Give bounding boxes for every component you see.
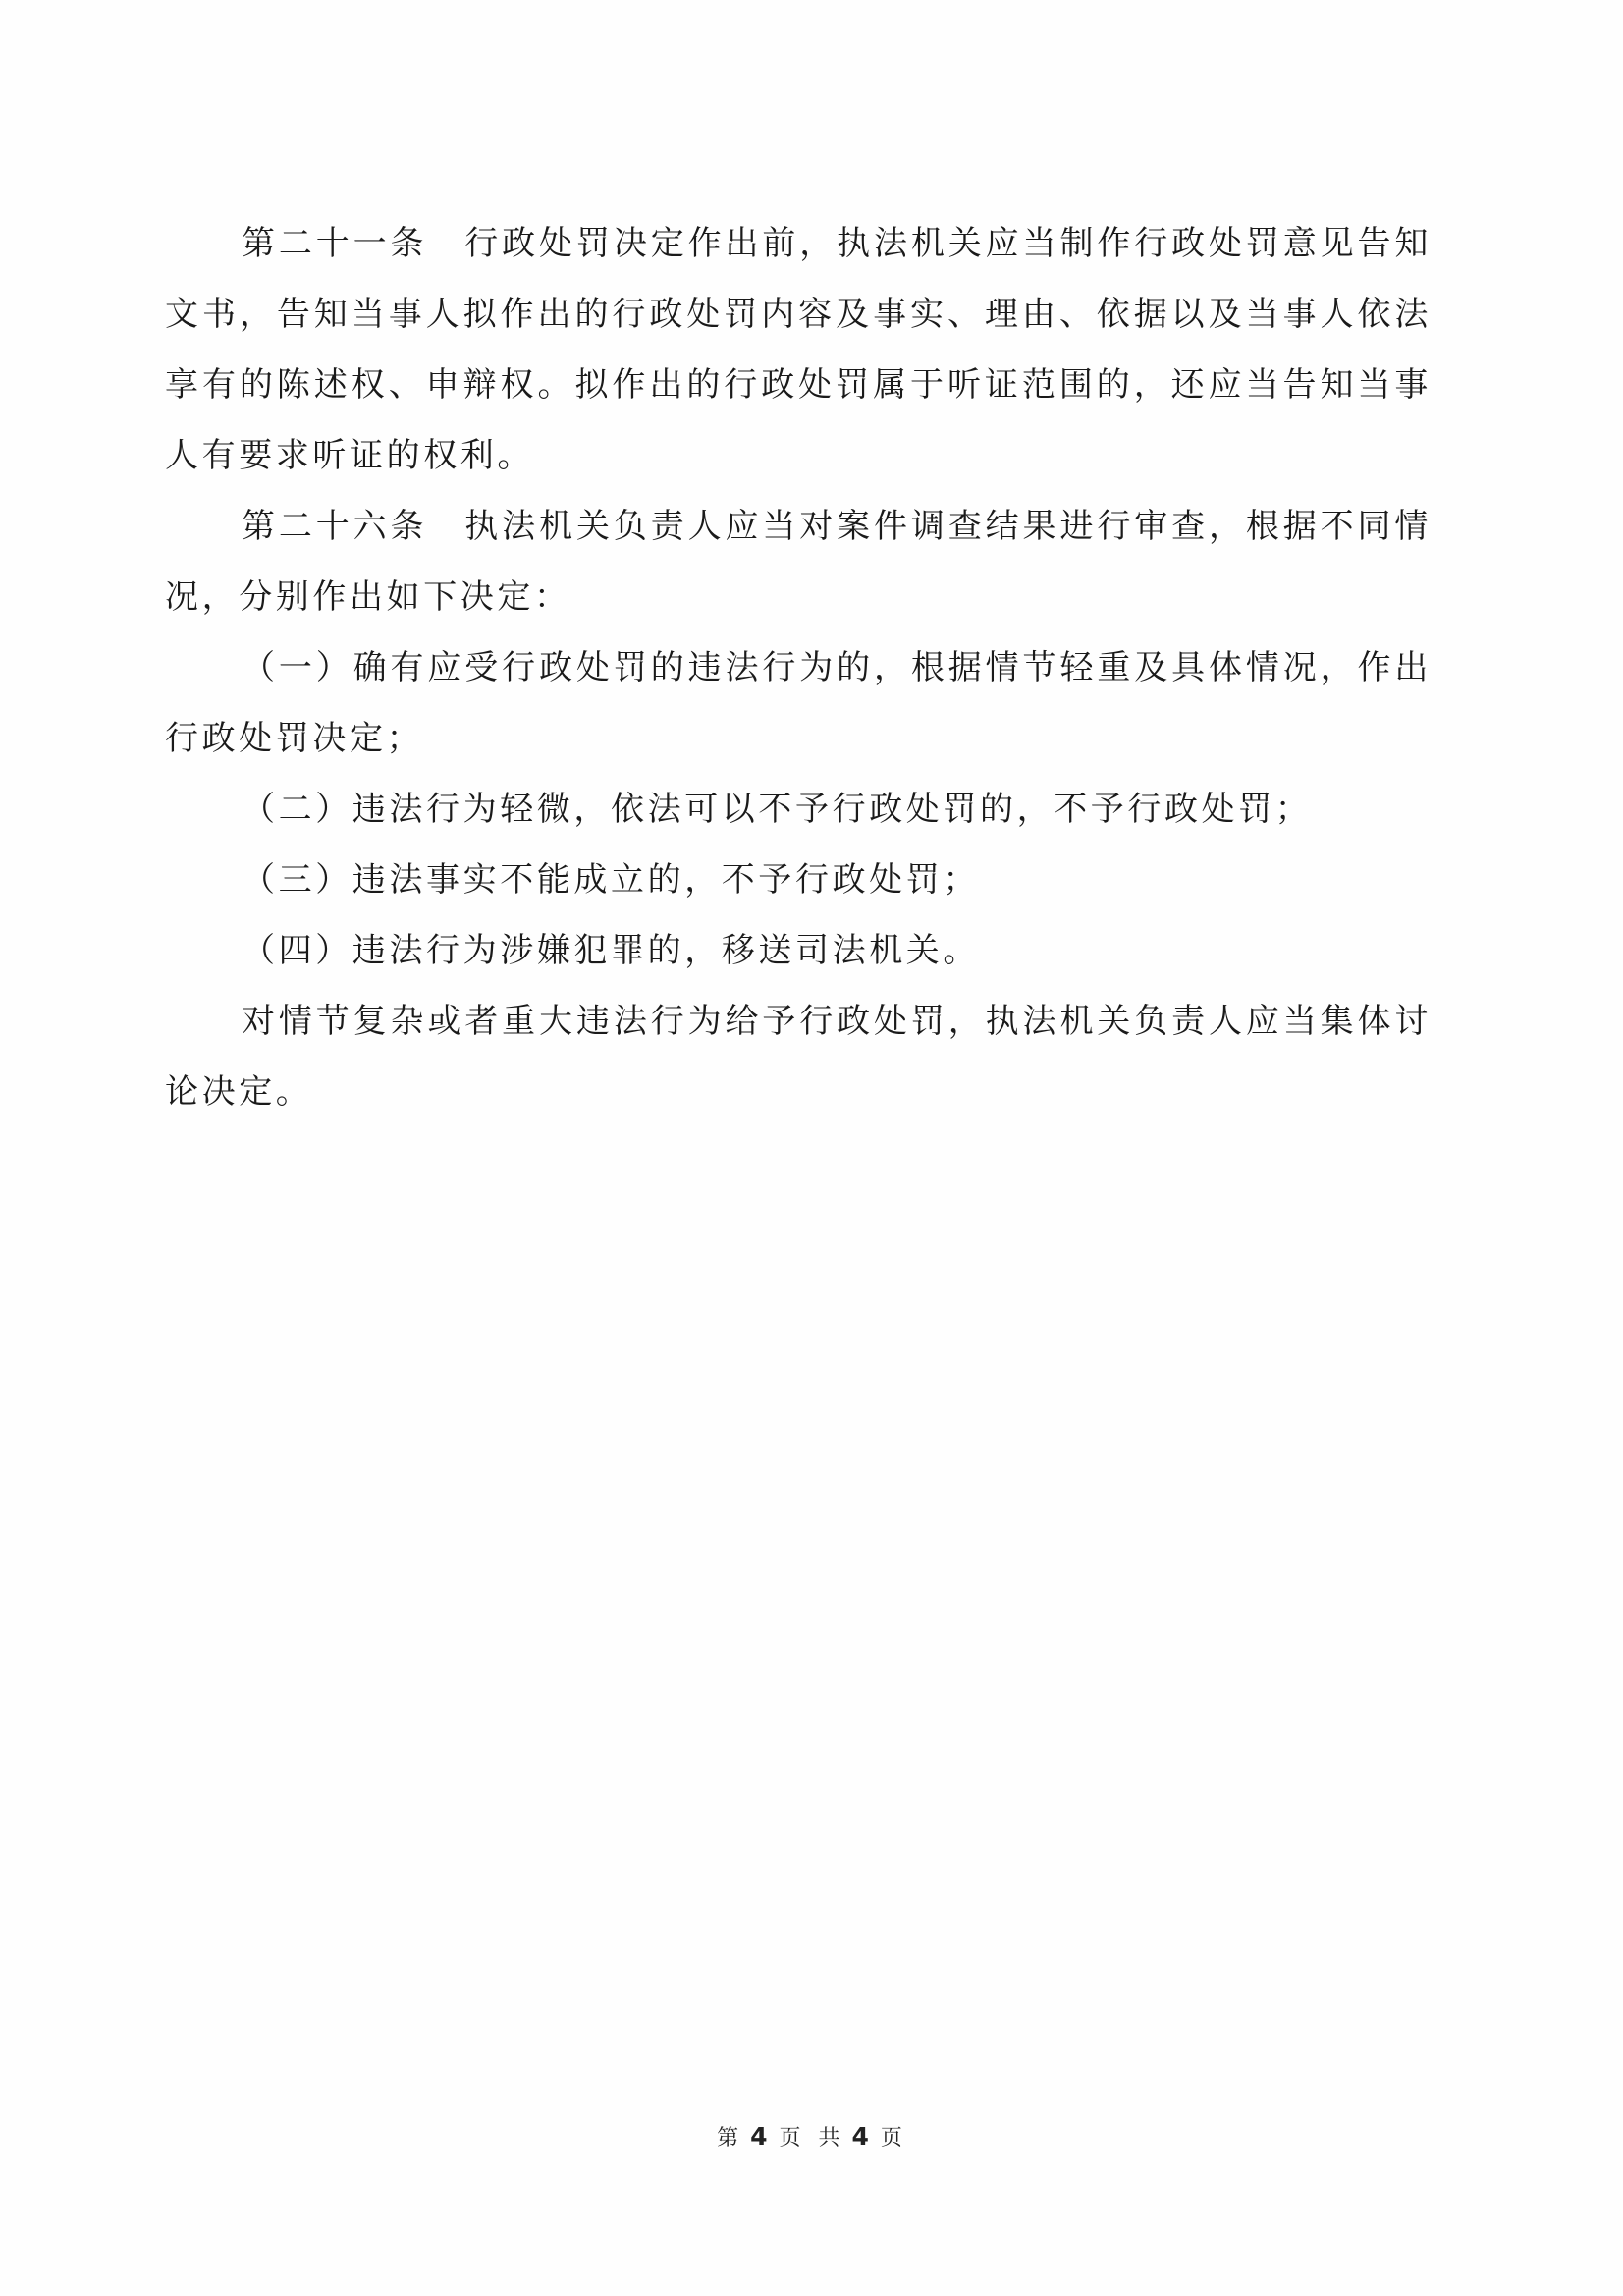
- footer-total-prefix: 共: [819, 2126, 844, 2151]
- list-item-1: （一）确有应受行政处罚的违法行为的，根据情节轻重及具体情况，作出行政处罚决定；: [165, 632, 1432, 774]
- total-pages-number: 4: [852, 2122, 873, 2151]
- list-item-4: （四）违法行为涉嫌犯罪的，移送司法机关。: [165, 915, 1432, 986]
- closing-paragraph: 对情节复杂或者重大违法行为给予行政处罚，执法机关负责人应当集体讨论决定。: [165, 986, 1432, 1127]
- footer-prefix: 第: [717, 2126, 742, 2151]
- footer-total-label: 页: [881, 2126, 906, 2151]
- list-item-3: （三）违法事实不能成立的，不予行政处罚；: [165, 845, 1432, 915]
- document-page: 第二十一条 行政处罚决定作出前，执法机关应当制作行政处罚意见告知文书，告知当事人…: [0, 0, 1623, 2296]
- current-page-number: 4: [750, 2122, 771, 2151]
- list-item-2: （二）违法行为轻微，依法可以不予行政处罚的，不予行政处罚；: [165, 774, 1432, 845]
- article-21-paragraph: 第二十一条 行政处罚决定作出前，执法机关应当制作行政处罚意见告知文书，告知当事人…: [165, 208, 1432, 491]
- page-footer: 第4页共4页: [0, 2121, 1623, 2152]
- article-26-paragraph: 第二十六条 执法机关负责人应当对案件调查结果进行审查，根据不同情况，分别作出如下…: [165, 491, 1432, 632]
- document-body: 第二十一条 行政处罚决定作出前，执法机关应当制作行政处罚意见告知文书，告知当事人…: [165, 208, 1432, 1127]
- footer-page-label: 页: [779, 2126, 804, 2151]
